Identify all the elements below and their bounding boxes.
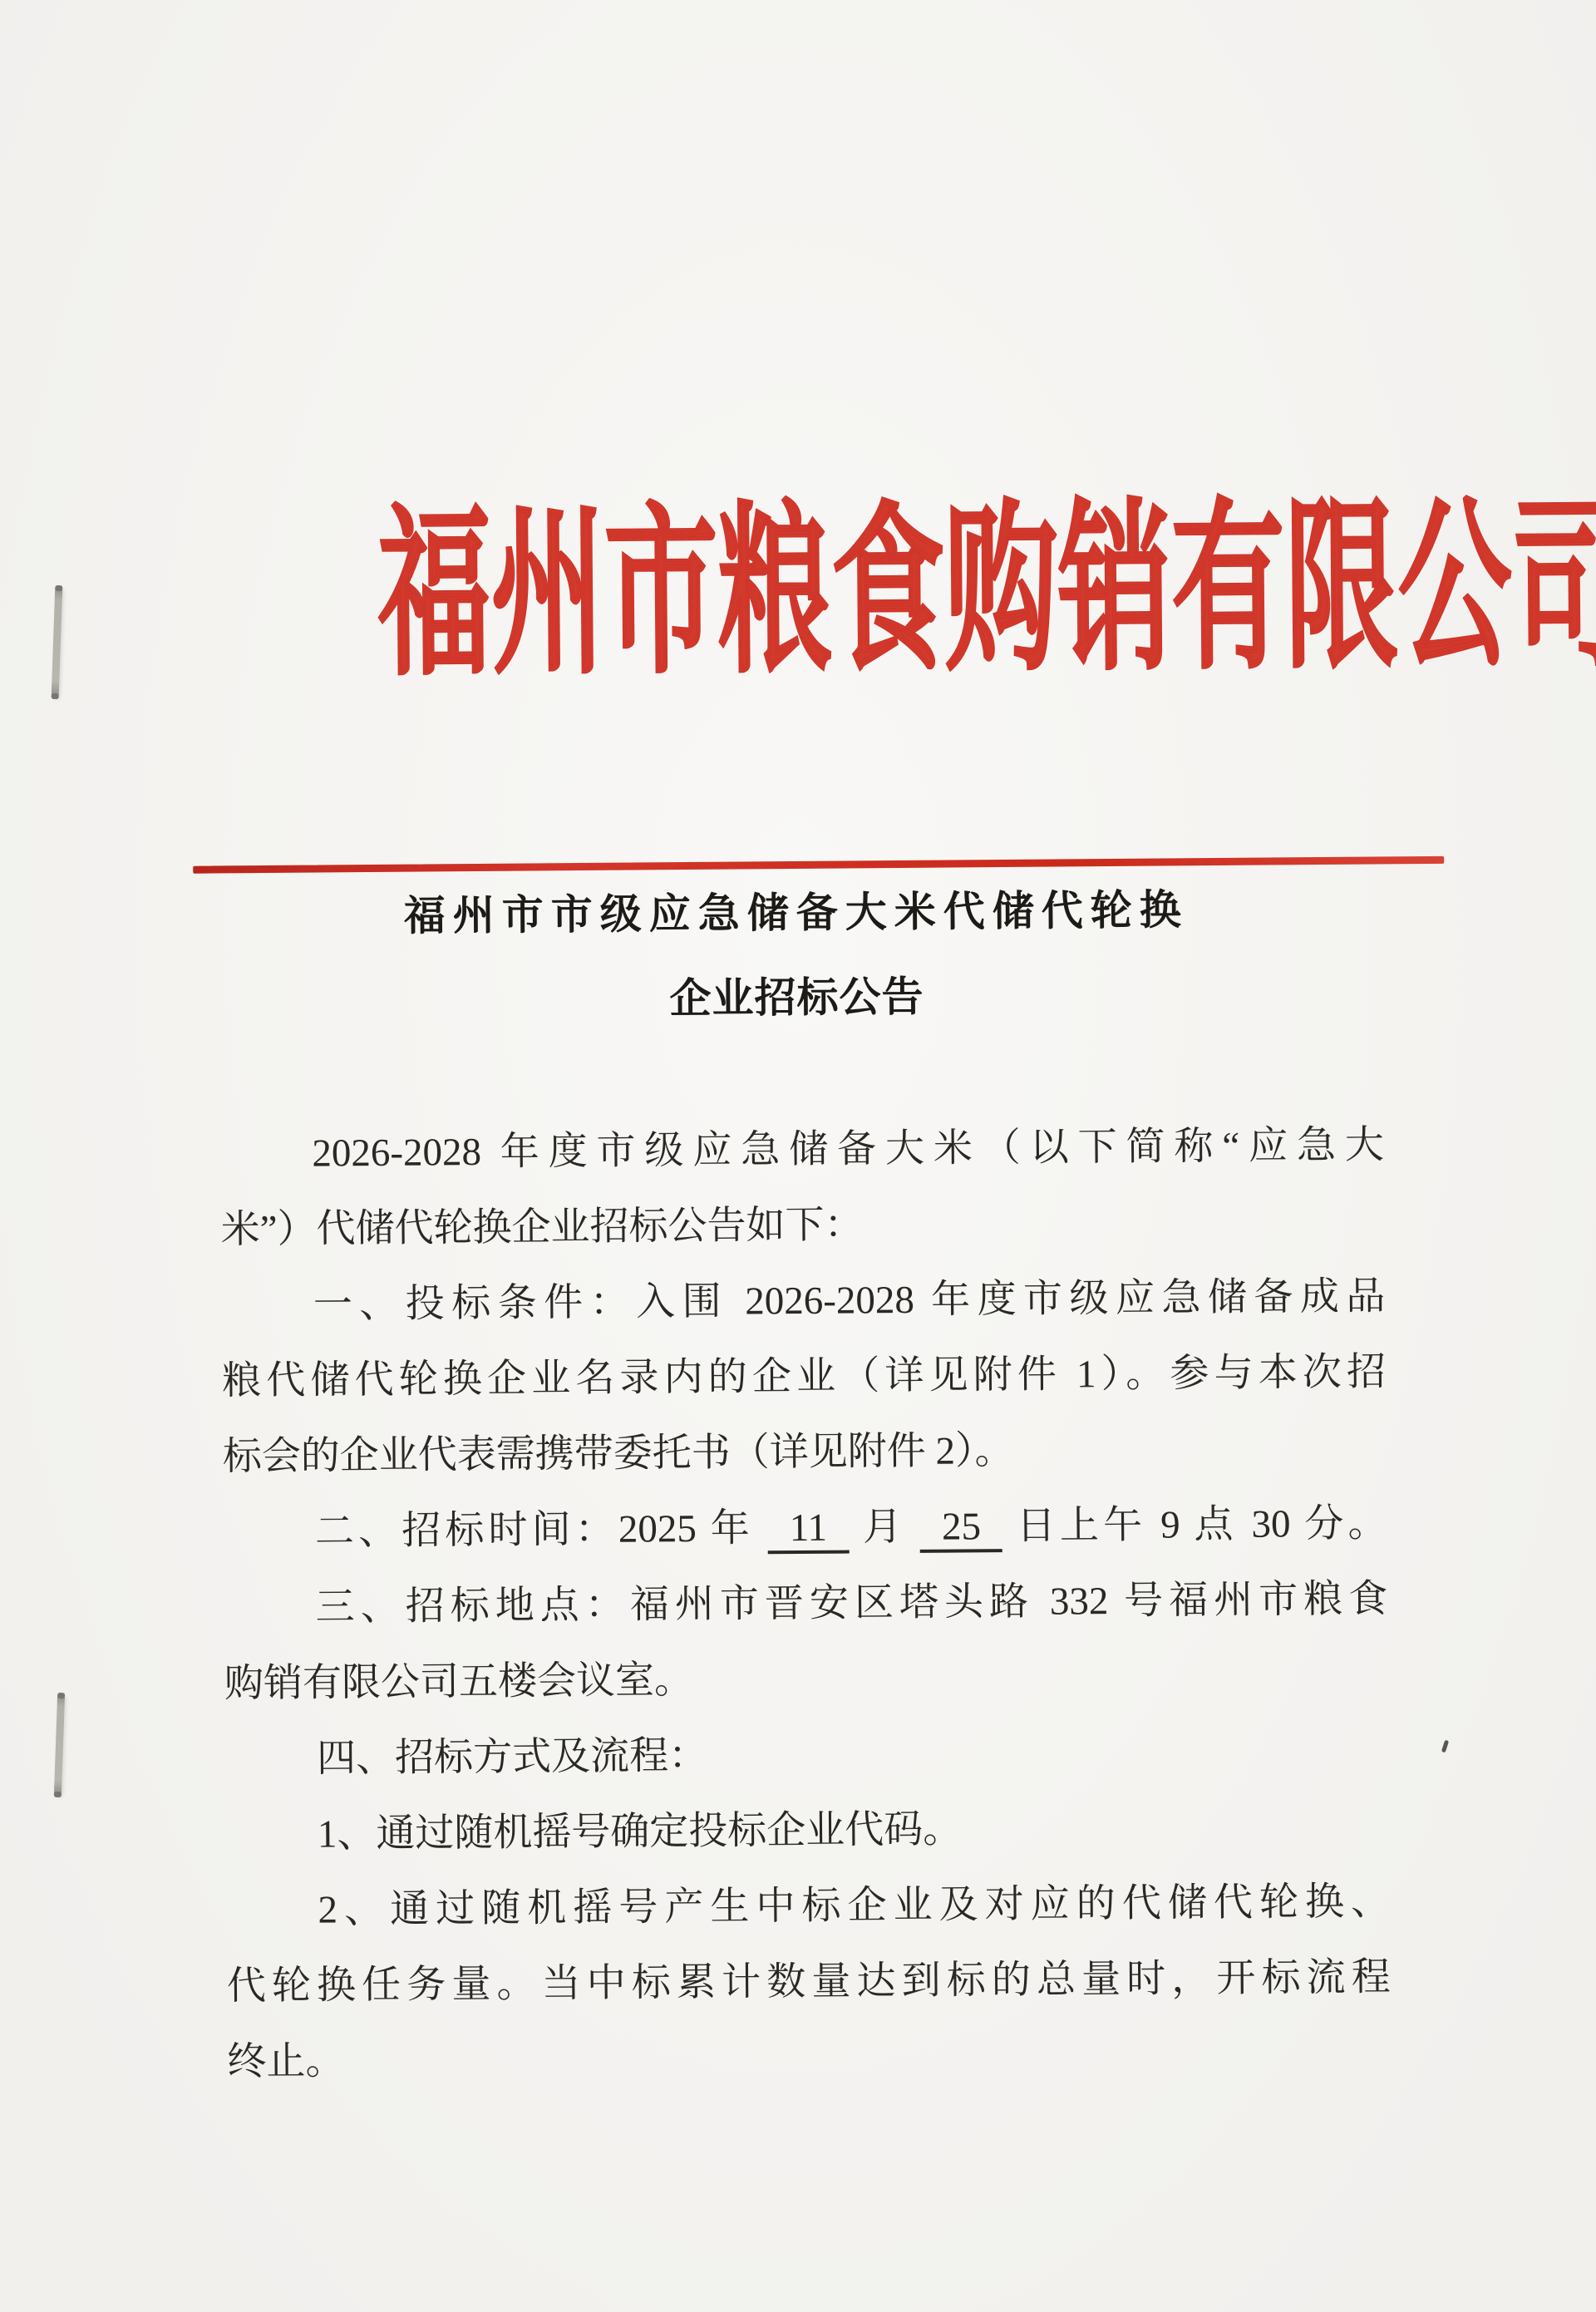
notice-body: 2026-2028 年度市级应急储备大米（以下简称“应急大 米”）代储代轮换企业… [220, 1107, 1392, 2100]
body-line-13: 终止。 [227, 2015, 1392, 2100]
bid-time-month-value: 11 [768, 1507, 850, 1554]
body-line-8: 购销有限公司五楼会议室。 [224, 1637, 1389, 1722]
body-line-12: 代轮换任务量。当中标累计数量达到标的总量时，开标流程 [226, 1940, 1391, 2024]
bid-time-day-suffix: 日上午 9 点 30 分。 [1017, 1501, 1387, 1547]
printed-content: 福州市粮食购销有限公司 福州市市级应急储备大米代储代轮换 企业招标公告 2026… [0, 0, 1596, 2312]
bid-time-prefix: 二、招标时间：2025 年 [315, 1506, 754, 1553]
body-line-6-bid-time: 二、招标时间：2025 年 11 月 25 日上午 9 点 30 分。 [223, 1486, 1387, 1570]
letterhead-company-title: 福州市粮食购销有限公司 [0, 490, 1593, 695]
body-line-2: 米”）代储代轮换企业招标公告如下： [220, 1183, 1385, 1268]
body-line-5: 标会的企业代表需携带委托书（详见附件 2）。 [222, 1410, 1387, 1495]
notice-title-line1: 福州市市级应急储备大米代储代轮换 [0, 881, 1594, 944]
body-line-1: 2026-2028 年度市级应急储备大米（以下简称“应急大 [220, 1107, 1385, 1192]
body-line-11: 2、通过随机摇号产生中标企业及对应的代储代轮换、 [226, 1864, 1391, 1949]
letterhead-company-name: 福州市粮食购销有限公司 [377, 490, 1596, 693]
body-line-10: 1、通过随机摇号确定投标企业代码。 [225, 1788, 1390, 1873]
body-line-3: 一、投标条件：入围 2026-2028 年度市级应急储备成品 [221, 1259, 1386, 1343]
body-line-4: 粮代储代轮换企业名录内的企业（详见附件 1）。参与本次招 [222, 1334, 1387, 1419]
notice-title-line2: 企业招标公告 [0, 966, 1595, 1028]
scanned-page: 福州市粮食购销有限公司 福州市市级应急储备大米代储代轮换 企业招标公告 2026… [0, 0, 1596, 2312]
bid-time-day-value: 25 [920, 1506, 1002, 1552]
bid-time-month-unit: 月 [863, 1506, 907, 1549]
body-line-7: 三、招标地点：福州市晋安区塔头路 332 号福州市粮食 [224, 1561, 1388, 1646]
red-separator-rule [193, 856, 1444, 874]
body-line-9: 四、招标方式及流程： [224, 1713, 1389, 1797]
